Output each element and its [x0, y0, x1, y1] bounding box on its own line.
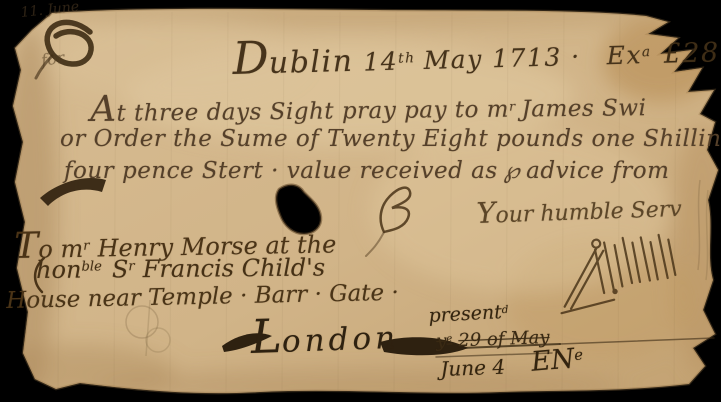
initials-sup: e — [573, 345, 583, 364]
honorific: hon — [36, 256, 82, 284]
per-symbol: ℘ — [504, 158, 521, 184]
body-line-1: At three days Sight pray pay to mrJames … — [90, 84, 647, 129]
date-day: 14 — [363, 47, 399, 77]
body-line-3-end: advice from — [526, 158, 669, 184]
payee-name: James Swi — [521, 95, 646, 122]
endorsement-date: June 4 — [440, 356, 505, 380]
place-name: Dublin — [232, 31, 354, 84]
body-line-1-superscript: r — [509, 98, 516, 113]
sir-abbrev: S — [112, 255, 129, 283]
date-day-ordinal: th — [398, 50, 416, 66]
sir-abbrev-sup: r — [128, 260, 134, 275]
body-line-3: four pence Stert · value received as℘adv… — [64, 159, 669, 184]
date-month-year: May 1713 · — [423, 42, 581, 75]
city-name: London — [250, 307, 400, 363]
struck-date-ye-sup: e — [446, 334, 452, 345]
endorsement-initials: ENe — [530, 343, 585, 377]
exchange-abbrev-sup: a — [642, 44, 652, 60]
body-line-2: or Order the Sume of Twenty Eight pounds… — [60, 127, 721, 152]
body-line-1-text: At three days Sight pray pay to m — [90, 97, 509, 127]
presented-sup: d — [501, 304, 508, 316]
initials-letters: EN — [530, 343, 576, 378]
honorific-sup: ble — [81, 260, 102, 275]
amount-figure: £28 — [663, 37, 720, 69]
screenshot-root: 11. June for Dublin14thMay 1713 ·Exa£28·… — [0, 0, 721, 402]
presented-note: presentd — [428, 302, 509, 327]
address-line-2: honbleSrFrancis Child's — [36, 254, 325, 283]
loop-note: for — [40, 49, 65, 70]
body-line-3-text: four pence Stert · value received as — [64, 158, 498, 184]
presented-word: present — [428, 301, 502, 327]
exchange-abbrev: Ex — [606, 40, 642, 70]
address-line-1-sup: r — [83, 239, 90, 254]
banker-name: Francis Child's — [143, 253, 326, 283]
